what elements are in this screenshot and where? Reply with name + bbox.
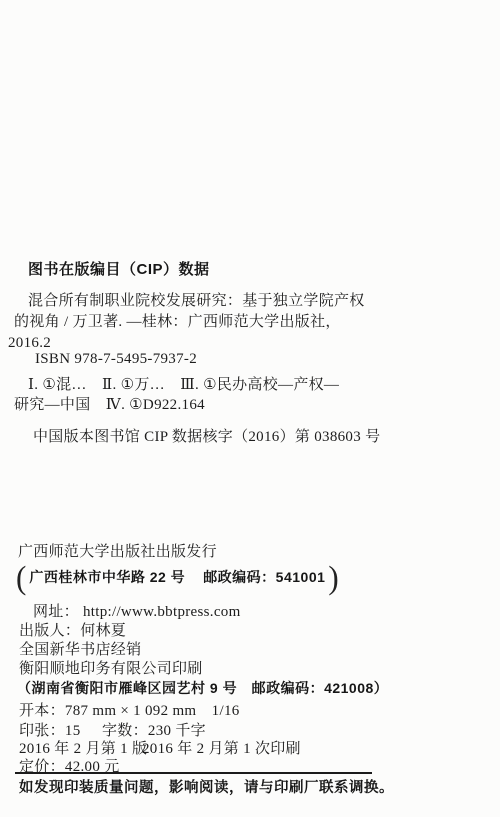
printing-value: 2016 年 2 月第 1 次印刷 xyxy=(142,740,301,759)
distribution-line: 全国新华书店经销 xyxy=(19,641,141,660)
cip-classification-line-1: Ⅰ. ①混… Ⅱ. ①万… Ⅲ. ①民办高校—产权— xyxy=(28,376,339,395)
divider-rule xyxy=(15,772,372,774)
sheets-words-line: 印张：15 字数：230 千字 xyxy=(19,722,369,741)
edition-value: 2016 年 2 月第 1 版 xyxy=(19,741,147,757)
isbn: ISBN 978-7-5495-7937-2 xyxy=(35,350,197,369)
publisher-person: 出版人：何林夏 xyxy=(19,622,126,641)
edition-printing-line: 2016 年 2 月第 1 版 2016 年 2 月第 1 次印刷 xyxy=(19,740,369,759)
website-line: 网址： http://www.bbtpress.com xyxy=(33,603,241,622)
publisher-address-row: ( 广西桂林市中华路 22 号 邮政编码：541001 ) xyxy=(13,561,342,593)
cip-header: 图书在版编目（CIP）数据 xyxy=(28,261,210,280)
website-url: http://www.bbtpress.com xyxy=(83,604,241,620)
big-paren-open: ( xyxy=(13,561,29,594)
format-line: 开本：787 mm × 1 092 mm 1/16 xyxy=(19,702,240,721)
word-count-value: 字数：230 千字 xyxy=(102,722,206,741)
publisher-address: 广西桂林市中华路 22 号 xyxy=(29,567,185,587)
cip-record-number: 中国版本图书馆 CIP 数据核字（2016）第 038603 号 xyxy=(33,428,380,447)
cip-entry-line-2: 的视角 / 万卫著. —桂林：广西师范大学出版社， xyxy=(14,313,341,332)
printer-address: （湖南省衡阳市雁峰区园艺村 9 号 邮政编码：421008） xyxy=(17,680,388,698)
printer-line: 衡阳顺地印务有限公司印刷 xyxy=(19,660,203,679)
website-label: 网址： xyxy=(33,604,79,620)
publisher-name-line: 广西师范大学出版社出版发行 xyxy=(18,543,217,562)
quality-notice: 如发现印装质量问题，影响阅读，请与印刷厂联系调换。 xyxy=(19,779,394,797)
publisher-postcode: 邮政编码：541001 xyxy=(203,567,325,587)
cip-entry-line-1: 混合所有制职业院校发展研究：基于独立学院产权 xyxy=(28,292,365,311)
cip-classification-line-2: 研究—中国 Ⅳ. ①D922.164 xyxy=(14,396,205,415)
copyright-page: 图书在版编目（CIP）数据 混合所有制职业院校发展研究：基于独立学院产权 的视角… xyxy=(0,0,500,817)
big-paren-close: ) xyxy=(325,561,341,594)
sheets-value: 印张：15 xyxy=(19,723,81,739)
